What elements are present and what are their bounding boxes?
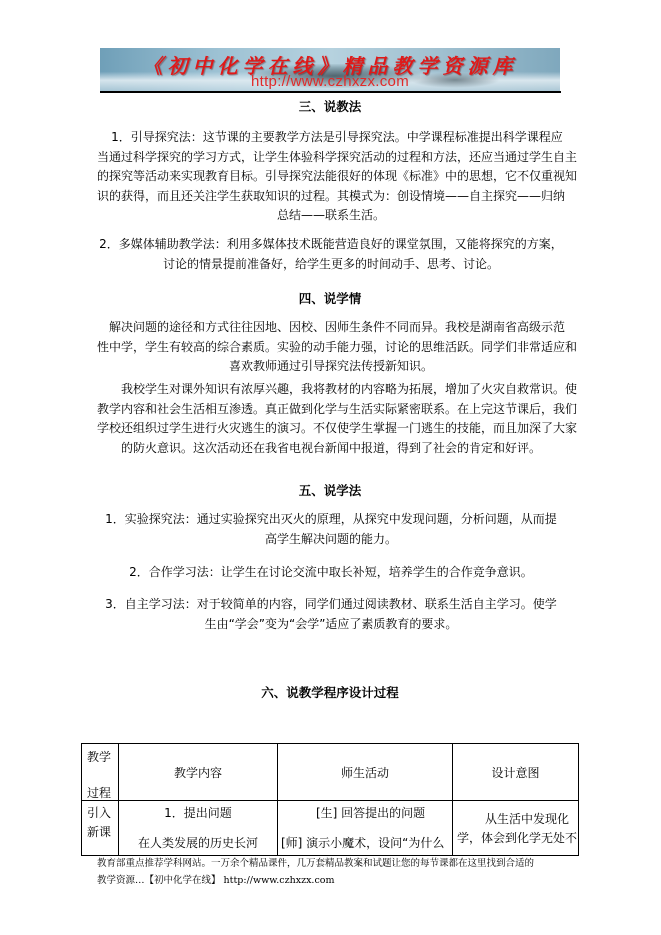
text-line: 当通过科学探究的学习方式，让学生体验科学探究活动的过程和方法，还应当通过学生自主 (97, 148, 565, 168)
paragraph-student-background: 解决问题的途径和方式往往因地、因校、因师生条件不同而异。我校是湖南省高级示范 性… (97, 318, 565, 377)
paragraph-multimedia: 2．多媒体辅助教学法：利用多媒体技术既能营造良好的课堂氛围，又能将探究的方案， … (97, 235, 565, 274)
teaching-procedure-table: 教学 过程 教学内容 师生活动 设计意图 引入 新课 1．提出问题 在人类发展的… (81, 743, 579, 856)
paragraph-guided-inquiry: 1．引导探究法：这节课的主要教学方法是引导探究法。中学课程标准提出科学课程应 当… (97, 128, 565, 226)
text-line: 1．引导探究法：这节课的主要教学方法是引导探究法。中学课程标准提出科学课程应 (97, 128, 565, 148)
text-line: 的防火意识。这次活动还在我省电视台新闻中报道，得到了社会的肯定和好评。 (97, 439, 565, 459)
footer-line: 教育部重点推荐学科网站。一万余个精品课件，几万套精品教案和试题让您的每节课都在这… (97, 855, 534, 872)
text-line: 2．合作学习法：让学生在讨论交流中取长补短，培养学生的合作竞争意识。 (97, 563, 565, 583)
section-heading-student-analysis: 四、说学情 (80, 289, 580, 307)
banner-url[interactable]: http://www.czhxzx.com (100, 73, 560, 90)
table-header-row: 教学 过程 教学内容 师生活动 设计意图 (82, 744, 579, 801)
text-line: 解决问题的途径和方式往往因地、因校、因师生条件不同而异。我校是湖南省高级示范 (97, 318, 565, 338)
section-heading-learning-method: 五、说学法 (80, 481, 580, 499)
header-process-top: 教学 (87, 748, 111, 765)
page-footer: 教育部重点推荐学科网站。一万余个精品课件，几万套精品教案和试题让您的每节课都在这… (97, 855, 534, 889)
text-line: 2．多媒体辅助教学法：利用多媒体技术既能营造良好的课堂氛围，又能将探究的方案， (97, 235, 565, 255)
text-line: 学校还组织过学生进行火灾逃生的演习。不仅使学生掌握一门逃生的技能，而且加深了大家 (97, 419, 565, 439)
section-heading-procedure-design: 六、说教学程序设计过程 (80, 683, 580, 701)
stage-line: 新课 (87, 825, 111, 839)
text-line: 1．实验探究法：通过实验探究出灭火的原理，从探究中发现问题，分析问题，从而提 (97, 510, 565, 530)
header-cell-activity: 师生活动 (278, 744, 453, 801)
header-process-bottom: 过程 (87, 784, 111, 801)
text-line: 识的获得，而且还关注学生获取知识的过程。其模式为：创设情境——自主探究——归纳 (97, 187, 565, 207)
text-line: 我校学生对课外知识有浓厚兴趣，我将教材的内容略为拓展，增加了火灾自救常识。使 (97, 380, 565, 400)
footer-resource-text: 教学资源…【初中化学在线】 (97, 875, 221, 886)
activity-line: [生] 回答提出的问题 (278, 801, 452, 823)
paragraph-experimental-inquiry: 1．实验探究法：通过实验探究出灭火的原理，从探究中发现问题，分析问题，从而提 高… (97, 510, 565, 549)
section-heading-teaching-method: 三、说教法 (80, 97, 580, 115)
table-row: 引入 新课 1．提出问题 在人类发展的历史长河 [生] 回答提出的问题 [师] … (82, 801, 579, 856)
paragraph-cooperative-learning: 2．合作学习法：让学生在讨论交流中取长补短，培养学生的合作竞争意识。 (97, 563, 565, 583)
text-line: 的探究等活动来实现教育目标。引导探究法能很好的体现《标准》中的思想，它不仅重视知 (97, 167, 565, 187)
text-line: 生由“学会”变为“会学”适应了素质教育的要求。 (97, 615, 565, 635)
footer-line: 教学资源…【初中化学在线】 http://www.czhxzx.com (97, 872, 534, 889)
content-line: 在人类发展的历史长河 (119, 823, 277, 853)
site-banner: 《初中化学在线》精品教学资源库 http://www.czhxzx.com (100, 48, 560, 91)
header-cell-content: 教学内容 (119, 744, 278, 801)
content-line: 1．提出问题 (119, 801, 277, 823)
cell-intent: 从生活中发现化 学，体会到化学无处不 (453, 801, 579, 856)
cell-stage: 引入 新课 (82, 801, 119, 856)
text-line: 讨论的情景提前准备好，给学生更多的时间动手、思考、讨论。 (97, 255, 565, 275)
text-line: 教学内容和社会生活相互渗透。真正做到化学与生活实际紧密联系。在上完这节课后，我们 (97, 400, 565, 420)
paragraph-self-study: 3．自主学习法：对于较简单的内容，同学们通过阅读教材、联系生活自主学习。使学 生… (97, 595, 565, 634)
intent-line: 学，体会到化学无处不 (453, 829, 578, 848)
paragraph-student-interest: 我校学生对课外知识有浓厚兴趣，我将教材的内容略为拓展，增加了火灾自救常识。使 教… (97, 380, 565, 458)
activity-line: [师] 演示小魔术，设问“为什么 (278, 823, 452, 853)
text-line: 性中学，学生有较高的综合素质。实验的动手能力强，讨论的思维活跃。同学们非常适应和 (97, 338, 565, 358)
text-line: 3．自主学习法：对于较简单的内容，同学们通过阅读教材、联系生活自主学习。使学 (97, 595, 565, 615)
cell-activity: [生] 回答提出的问题 [师] 演示小魔术，设问“为什么 (278, 801, 453, 856)
header-cell-intent: 设计意图 (453, 744, 579, 801)
cell-content: 1．提出问题 在人类发展的历史长河 (119, 801, 278, 856)
intent-line: 从生活中发现化 (453, 801, 578, 829)
footer-url-link[interactable]: http://www.czhxzx.com (224, 875, 335, 886)
text-line: 高学生解决问题的能力。 (97, 530, 565, 550)
banner-divider (100, 91, 561, 93)
header-cell-process: 教学 过程 (82, 744, 119, 801)
text-line: 总结——联系生活。 (97, 206, 565, 226)
stage-line: 引入 (87, 806, 111, 820)
text-line: 喜欢教师通过引导探究法传授新知识。 (97, 357, 565, 377)
